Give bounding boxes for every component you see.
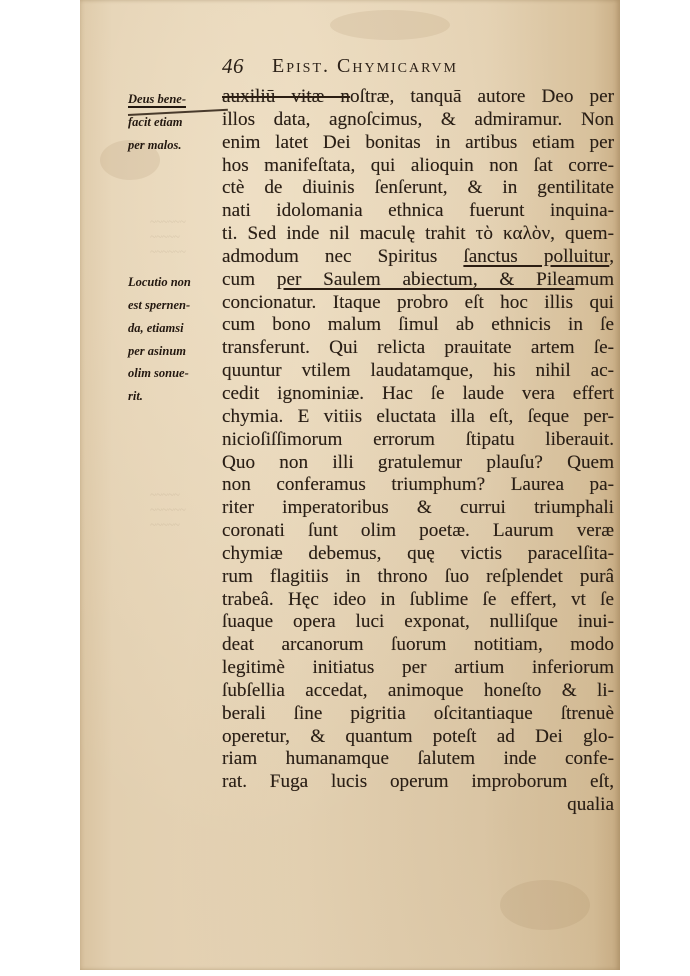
margin-note-line: olim sonue- xyxy=(128,362,222,385)
text-line: rat. Fuga lucis operum improborum eſt, xyxy=(222,771,614,794)
text-segment: rum flagitiis in throno ſuo reſplendet p… xyxy=(222,566,614,587)
underlined-text: ſanctus polluitur xyxy=(463,246,609,267)
text-line: riter imperatoribus & currui triumphali xyxy=(222,497,614,520)
text-line: illos data, agnoſcimus, & admiramur. Non xyxy=(222,109,614,132)
text-line: riam humanamque ſalutem inde confe- xyxy=(222,748,614,771)
text-segment: cum bono malum ſimul ab ethnicis in ſe xyxy=(222,314,614,335)
margin-note-line: Deus bene- xyxy=(128,88,222,111)
text-line: non conferamus triumphum? Laurea pa- xyxy=(222,474,614,497)
text-segment: admodum nec Spiritus xyxy=(222,246,463,267)
margin-note-line: per asinum xyxy=(128,340,222,363)
text-line: auxiliū vitæ noſtræ, tanquā autore Deo p… xyxy=(222,86,614,109)
text-line: Quo non illi gratulemur plauſu? Quem xyxy=(222,452,614,475)
margin-note-2: Locutio non est spernen- da, etiamsi per… xyxy=(128,271,222,408)
text-segment: hos manifeſtata, qui alioquin non ſat co… xyxy=(222,155,614,176)
text-segment: chymiæ debemus, quę victis paracelſita- xyxy=(222,543,614,564)
text-segment: deat arcanorum ſuorum notitiam, modo xyxy=(222,634,614,655)
page-number: 46 xyxy=(222,54,244,79)
text-line: nicioſiſſimorum errorum ſtipatu liberaui… xyxy=(222,429,614,452)
text-segment: coronati ſunt olim poetæ. Laurum veræ xyxy=(222,520,614,541)
text-line: ctè de diuinis ſenſerunt, & in gentilita… xyxy=(222,177,614,200)
margin-note-line: est spernen- xyxy=(128,294,222,317)
text-segment: riter imperatoribus & currui triumphali xyxy=(222,497,614,518)
text-segment: riam humanamque ſalutem inde confe- xyxy=(222,748,614,769)
text-segment: transferunt. Qui relicta prauitate artem… xyxy=(222,337,614,358)
text-line: chymia. E vitiis eluctata illa eſt, ſequ… xyxy=(222,406,614,429)
text-line: legitimè initiatus per artium inferiorum xyxy=(222,657,614,680)
text-line: berali ſine pigritia oſcitantiaque ſtren… xyxy=(222,703,614,726)
text-line: ſuaque opera luci exponat, nulliſque inu… xyxy=(222,611,614,634)
text-segment: oſtræ, tanquā autore Deo per xyxy=(350,86,614,107)
text-line: ti. Sed inde nil maculę trahit τὸ καλὸν,… xyxy=(222,223,614,246)
text-segment: ctè de diuinis ſenſerunt, & in gentilita… xyxy=(222,177,614,198)
body-text: auxiliū vitæ noſtræ, tanquā autore Deo p… xyxy=(222,86,614,817)
text-line: deat arcanorum ſuorum notitiam, modo xyxy=(222,634,614,657)
text-line: nati idolomania ethnica fuerunt inquina- xyxy=(222,200,614,223)
text-segment: , xyxy=(609,246,614,267)
text-segment: Quo non illi gratulemur plauſu? Quem xyxy=(222,452,614,473)
margin-note-line: facit etiam xyxy=(128,111,222,134)
text-segment: nicioſiſſimorum errorum ſtipatu liberaui… xyxy=(222,429,614,450)
text-line: transferunt. Qui relicta prauitate artem… xyxy=(222,337,614,360)
text-segment: cum xyxy=(222,269,277,290)
text-segment: enim latet Dei bonitas in artibus etiam … xyxy=(222,132,614,153)
text-line: rum flagitiis in throno ſuo reſplendet p… xyxy=(222,566,614,589)
bleed-through-text: ~~~~~~~~~~~~~~~~ xyxy=(150,488,220,533)
text-line: operetur, & quantum poteſt ad Dei glo- xyxy=(222,726,614,749)
catchword: qualia xyxy=(222,794,614,817)
text-segment: ſuaque opera luci exponat, nulliſque inu… xyxy=(222,611,614,632)
text-line: chymiæ debemus, quę victis paracelſita- xyxy=(222,543,614,566)
text-segment: cedit ignominiæ. Hac ſe laude vera effer… xyxy=(222,383,614,404)
text-segment: nati idolomania ethnica fuerunt inquina- xyxy=(222,200,614,221)
text-segment: quuntur vtilem laudatamque, his nihil ac… xyxy=(222,360,614,381)
text-line: ſubſellia accedat, animoque honeſto & li… xyxy=(222,680,614,703)
text-line: cum per Saulem abiectum, & Pileamum xyxy=(222,269,614,292)
text-segment: legitimè initiatus per artium inferiorum xyxy=(222,657,614,678)
text-segment: ſubſellia accedat, animoque honeſto & li… xyxy=(222,680,614,701)
struck-text: auxiliū vitæ n xyxy=(222,86,350,107)
text-segment: illos data, agnoſcimus, & admiramur. Non xyxy=(222,109,614,130)
text-line: quuntur vtilem laudatamque, his nihil ac… xyxy=(222,360,614,383)
margin-note-line: da, etiamsi xyxy=(128,317,222,340)
paper-stain xyxy=(500,880,590,930)
text-segment: trabeâ. Hęc ideo in ſublime ſe effert, v… xyxy=(222,589,614,610)
text-line: cedit ignominiæ. Hac ſe laude vera effer… xyxy=(222,383,614,406)
text-segment: concionatur. Itaque probro eſt hoc illis… xyxy=(222,292,614,313)
text-segment: chymia. E vitiis eluctata illa eſt, ſequ… xyxy=(222,406,614,427)
bleed-through-text: ~~~~~~~~~~~~~~~~~ xyxy=(150,215,220,260)
text-segment: mum xyxy=(575,269,614,290)
margin-note-line: rit. xyxy=(128,385,222,408)
margin-note-line: Locutio non xyxy=(128,271,222,294)
text-line: hos manifeſtata, qui alioquin non ſat co… xyxy=(222,155,614,178)
text-line: enim latet Dei bonitas in artibus etiam … xyxy=(222,132,614,155)
text-line: concionatur. Itaque probro eſt hoc illis… xyxy=(222,292,614,315)
text-line: coronati ſunt olim poetæ. Laurum veræ xyxy=(222,520,614,543)
running-head: 46 Epist. Chymicarvm xyxy=(222,54,552,80)
text-segment: berali ſine pigritia oſcitantiaque ſtren… xyxy=(222,703,614,724)
text-line: cum bono malum ſimul ab ethnicis in ſe xyxy=(222,314,614,337)
paper-stain xyxy=(330,10,450,40)
text-segment: rat. Fuga lucis operum improborum eſt, xyxy=(222,771,614,792)
margin-note-1: Deus bene- facit etiam per malos. xyxy=(128,88,222,157)
text-line: trabeâ. Hęc ideo in ſublime ſe effert, v… xyxy=(222,589,614,612)
text-line: admodum nec Spiritus ſanctus polluitur, xyxy=(222,246,614,269)
running-head-title: Epist. Chymicarvm xyxy=(272,55,458,78)
underlined-text: per Saulem abiectum, & Pilea xyxy=(277,269,575,290)
text-segment: ti. Sed inde nil maculę trahit τὸ καλὸν,… xyxy=(222,223,614,244)
margin-note-line: per malos. xyxy=(128,134,222,157)
text-segment: operetur, & quantum poteſt ad Dei glo- xyxy=(222,726,614,747)
text-segment: non conferamus triumphum? Laurea pa- xyxy=(222,474,614,495)
